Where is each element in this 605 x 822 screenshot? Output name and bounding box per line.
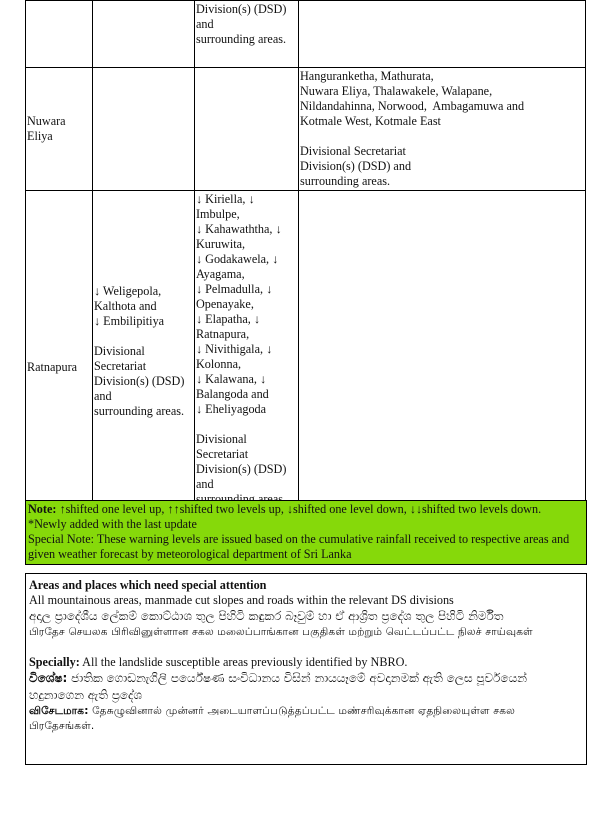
special-attention-box: Areas and places which need special atte… — [25, 573, 587, 765]
cell-line: and — [196, 17, 297, 32]
cell-line: ↓ Kiriella, ↓ — [196, 192, 297, 207]
tamil-specially-text: தேசுழுவினால் முன்னர் அடையாளப்படுத்தப்பட்… — [29, 705, 515, 732]
cell-line: ↓ Godakawela, ↓ — [196, 252, 297, 267]
cell-lines: ↓ Weligepola,Kalthota and↓ EmbilipitiyaD… — [94, 284, 193, 419]
landslide-warning-table: Division(s) (DSD)andsurrounding areas. N… — [25, 0, 586, 509]
cell-line: Divisional Secretariat — [300, 144, 584, 159]
table-row: NuwaraEliya Hanguranketha, Mathurata,Nuw… — [26, 68, 586, 191]
cell-line: Imbulpe, — [196, 207, 297, 222]
specially-text: All the landslide susceptible areas prev… — [80, 655, 408, 669]
level-cell: Hanguranketha, Mathurata,Nuwara Eliya, T… — [299, 68, 586, 191]
newly-added-note: *Newly added with the last update — [28, 517, 585, 532]
shift-legend: Note: ↑shifted one level up, ↑↑shifted t… — [28, 502, 585, 517]
specially-tamil: விசேடமாக: தேசுழுவினால் முன்னர் அடையாளப்ப… — [29, 704, 584, 734]
sinhala-text: අදාල ප්‍රාදේශීය ලේකම් කොට්ඨාශ තුල පිහිටි… — [29, 608, 584, 625]
cell-line: Divisional — [94, 344, 193, 359]
cell-line: surrounding areas. — [196, 32, 297, 47]
cell-line: Division(s) (DSD) and — [300, 159, 584, 174]
cell-line: Kolonna, — [196, 357, 297, 372]
cell-line: surrounding areas. — [300, 174, 584, 189]
cell-line: Nuwara Eliya, Thalawakele, Walapane, — [300, 84, 584, 99]
cell-line: ↓ Weligepola, — [94, 284, 193, 299]
level-cell — [195, 68, 299, 191]
level-cell — [299, 1, 586, 68]
cell-line: ↓ Nivithigala, ↓ — [196, 342, 297, 357]
cell-line: Division(s) (DSD) — [196, 2, 297, 17]
special-attention-title: Areas and places which need special atte… — [29, 578, 584, 593]
cell-line: ↓ Eheliyagoda — [196, 402, 297, 417]
sinhala-label: විශේෂ: — [29, 671, 67, 685]
cell-line: Secretariat — [196, 447, 297, 462]
cell-line: Nildandahinna, Norwood, Ambagamuwa and — [300, 99, 584, 114]
cell-line: Kalthota and — [94, 299, 193, 314]
district-cell — [26, 1, 93, 68]
cell-line — [196, 417, 297, 432]
cell-line: ↓ Embilipitiya — [94, 314, 193, 329]
cell-line: ↓ Pelmadulla, ↓ — [196, 282, 297, 297]
table-row: Ratnapura ↓ Weligepola,Kalthota and↓ Emb… — [26, 191, 586, 509]
cell-line: ↓ Kahawaththa, ↓ — [196, 222, 297, 237]
cell-line: Balangoda and — [196, 387, 297, 402]
level-cell: ↓ Kiriella, ↓Imbulpe,↓ Kahawaththa, ↓Kur… — [195, 191, 299, 509]
tamil-label: விசேடமாக: — [29, 705, 89, 717]
cell-line: Division(s) (DSD) — [196, 462, 297, 477]
cell-line: Openayake, — [196, 297, 297, 312]
level-cell: ↓ Weligepola,Kalthota and↓ EmbilipitiyaD… — [93, 191, 195, 509]
cell-line: and — [94, 389, 193, 404]
level-cell — [93, 68, 195, 191]
district-cell: NuwaraEliya — [26, 68, 93, 191]
cell-line: surrounding areas. — [94, 404, 193, 419]
tamil-text: பிரதேச செயலக பிரிவினுள்ளான சகல மலைப்பாங்… — [29, 625, 584, 640]
special-note: Special Note: These warning levels are i… — [28, 532, 585, 562]
district-cell: Ratnapura — [26, 191, 93, 509]
cell-line: Nuwara — [27, 114, 91, 129]
district-name: NuwaraEliya — [27, 114, 91, 144]
specially-english: Specially: All the landslide susceptible… — [29, 655, 584, 670]
level-cell — [299, 191, 586, 509]
cell-line: Kuruwita, — [196, 237, 297, 252]
specially-sinhala: විශේෂ: ජාතික ගොඩනැගිලි පර්යේෂණ සංවිධානය … — [29, 670, 584, 704]
cell-line: Hanguranketha, Mathurata, — [300, 69, 584, 84]
english-text: All mountainous areas, manmade cut slope… — [29, 593, 584, 608]
cell-line: and — [196, 477, 297, 492]
cell-line: ↓ Elapatha, ↓ — [196, 312, 297, 327]
cell-lines: ↓ Kiriella, ↓Imbulpe,↓ Kahawaththa, ↓Kur… — [196, 192, 297, 507]
note-label: Note: — [28, 502, 56, 516]
note-box: Note: ↑shifted one level up, ↑↑shifted t… — [25, 500, 587, 565]
cell-line: Ratnapura, — [196, 327, 297, 342]
cell-line: Divisional — [196, 432, 297, 447]
cell-lines: Division(s) (DSD)andsurrounding areas. — [196, 2, 297, 47]
specially-label: Specially: — [29, 655, 80, 669]
cell-line: Eliya — [27, 129, 91, 144]
district-name: Ratnapura — [27, 360, 91, 375]
level-cell: Division(s) (DSD)andsurrounding areas. — [195, 1, 299, 68]
cell-line: Division(s) (DSD) — [94, 374, 193, 389]
table-row: Division(s) (DSD)andsurrounding areas. — [26, 1, 586, 68]
cell-line — [300, 129, 584, 144]
note-legend-text: ↑shifted one level up, ↑↑shifted two lev… — [56, 502, 541, 516]
cell-line: Secretariat — [94, 359, 193, 374]
cell-lines: Hanguranketha, Mathurata,Nuwara Eliya, T… — [300, 69, 584, 189]
sinhala-specially-text: ජාතික ගොඩනැගිලි පර්යේෂණ සංවිධානය විසින් … — [29, 671, 527, 702]
level-cell — [93, 1, 195, 68]
cell-line: Ayagama, — [196, 267, 297, 282]
cell-line: Kotmale West, Kotmale East — [300, 114, 584, 129]
cell-line: ↓ Kalawana, ↓ — [196, 372, 297, 387]
cell-line — [94, 329, 193, 344]
